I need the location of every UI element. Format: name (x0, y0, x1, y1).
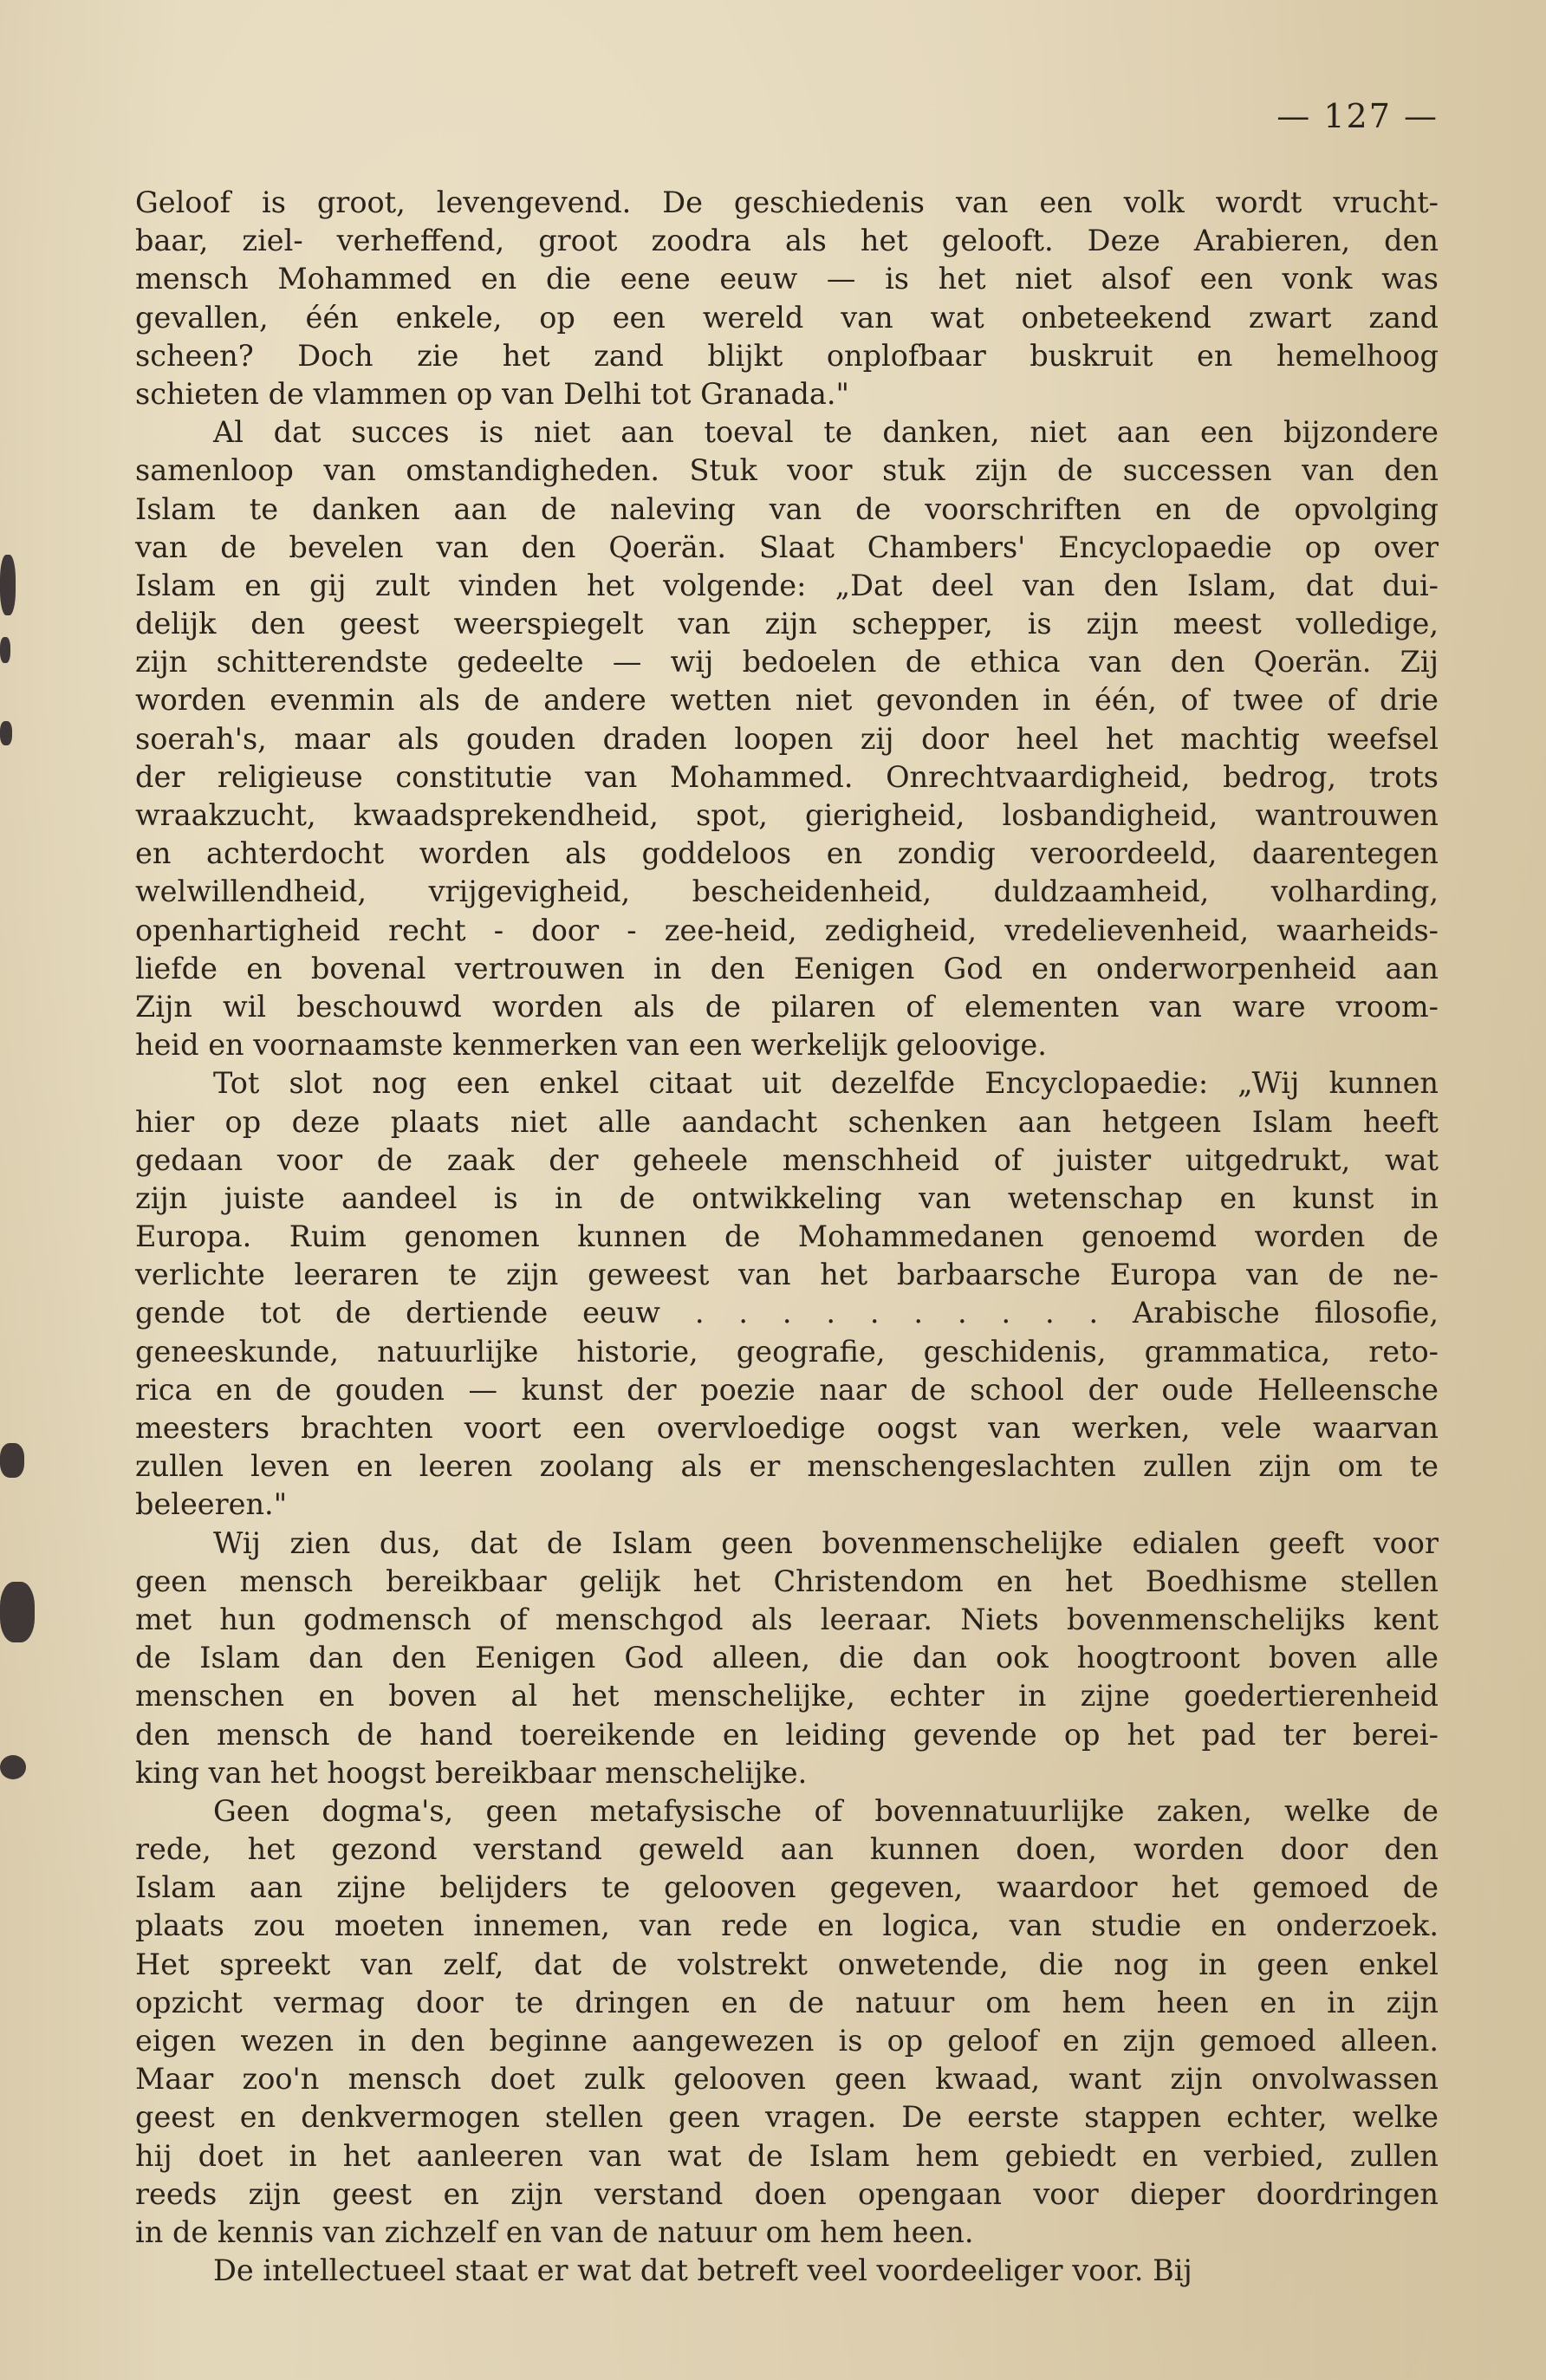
text-line: zijn juiste aandeel is in de ontwikkelin… (135, 1180, 1439, 1218)
text-line: baar, ziel- verheffend, groot zoodra als… (135, 222, 1439, 260)
text-line: gevallen, één enkele, op een wereld van … (135, 299, 1439, 337)
text-line: geest en denkvermogen stellen geen vrage… (135, 2098, 1439, 2136)
text-line: opzicht vermag door te dringen en de nat… (135, 1984, 1439, 2022)
text-line: van de bevelen van den Qoerän. Slaat Cha… (135, 529, 1439, 567)
text-line: Islam te danken aan de naleving van de v… (135, 491, 1439, 529)
text-line: rede, het gezond verstand geweld aan kun… (135, 1831, 1439, 1869)
text-line: rica en de gouden — kunst der poezie naa… (135, 1371, 1439, 1409)
paragraph: De intellectueel staat er wat dat betref… (135, 2252, 1439, 2290)
binding-hole-mark (0, 1443, 24, 1478)
binding-hole-mark (0, 1755, 26, 1779)
text-line: gende tot de dertiende eeuw . . . . . . … (135, 1294, 1439, 1332)
text-line: soerah's, maar als gouden draden loopen … (135, 720, 1439, 758)
paragraph: Wij zien dus, dat de Islam geen bovenmen… (135, 1525, 1439, 1792)
text-line: der religieuse constitutie van Mohammed.… (135, 758, 1439, 797)
text-line: verlichte leeraren te zijn geweest van h… (135, 1256, 1439, 1294)
text-line: met hun godmensch of menschgod als leera… (135, 1601, 1439, 1639)
binding-hole-mark (0, 721, 12, 745)
text-line: samenloop van omstandigheden. Stuk voor … (135, 452, 1439, 490)
text-line: meesters brachten voort een overvloedige… (135, 1409, 1439, 1447)
text-line: gedaan voor de zaak der geheele menschhe… (135, 1141, 1439, 1180)
paragraph: Tot slot nog een enkel citaat uit dezelf… (135, 1064, 1439, 1524)
text-line: heid en voornaamste kenmerken van een we… (135, 1026, 1439, 1064)
text-line: schieten de vlammen op van Delhi tot Gra… (135, 375, 1439, 413)
text-line: Islam aan zijne belijders te gelooven ge… (135, 1869, 1439, 1907)
text-line: Al dat succes is niet aan toeval te dank… (135, 413, 1439, 452)
text-line: De intellectueel staat er wat dat betref… (135, 2252, 1439, 2290)
binding-hole-mark (0, 1582, 35, 1642)
text-line: welwillendheid, vrijgevigheid, bescheide… (135, 873, 1439, 911)
text-line: Geen dogma's, geen metafysische of boven… (135, 1792, 1439, 1831)
text-line: de Islam dan den Eenigen God alleen, die… (135, 1639, 1439, 1677)
text-line: hij doet in het aanleeren van wat de Isl… (135, 2137, 1439, 2175)
text-line: Europa. Ruim genomen kunnen de Mohammeda… (135, 1218, 1439, 1256)
text-line: reeds zijn geest en zijn verstand doen o… (135, 2175, 1439, 2214)
text-line: in de kennis van zichzelf en van de natu… (135, 2214, 1439, 2252)
text-line: Geloof is groot, levengevend. De geschie… (135, 184, 1439, 222)
paragraph: Geen dogma's, geen metafysische of boven… (135, 1792, 1439, 2252)
text-line: Tot slot nog een enkel citaat uit dezelf… (135, 1064, 1439, 1102)
text-line: Wij zien dus, dat de Islam geen bovenmen… (135, 1525, 1439, 1563)
text-line: plaats zou moeten innemen, van rede en l… (135, 1907, 1439, 1945)
body-text: Geloof is groot, levengevend. De geschie… (135, 184, 1439, 2290)
text-line: delijk den geest weerspiegelt van zijn s… (135, 605, 1439, 643)
text-line: worden evenmin als de andere wetten niet… (135, 681, 1439, 719)
binding-hole-mark (0, 555, 16, 615)
text-line: geneeskunde, natuurlijke historie, geogr… (135, 1333, 1439, 1371)
text-line: beleeren." (135, 1486, 1439, 1524)
text-line: zullen leven en leeren zoolang als er me… (135, 1447, 1439, 1486)
text-line: liefde en bovenal vertrouwen in den Eeni… (135, 950, 1439, 988)
text-line: Maar zoo'n mensch doet zulk gelooven gee… (135, 2060, 1439, 2098)
text-line: mensch Mohammed en die eene eeuw — is he… (135, 260, 1439, 298)
text-line: king van het hoogst bereikbaar menscheli… (135, 1754, 1439, 1792)
text-line: eigen wezen in den beginne aangewezen is… (135, 2022, 1439, 2060)
paragraph: Al dat succes is niet aan toeval te dank… (135, 413, 1439, 1064)
text-line: scheen? Doch zie het zand blijkt onplofb… (135, 337, 1439, 375)
text-line: wraakzucht, kwaadsprekendheid, spot, gie… (135, 797, 1439, 835)
binding-hole-mark (0, 637, 10, 663)
text-line: Zijn wil beschouwd worden als de pilaren… (135, 988, 1439, 1026)
text-line: Het spreekt van zelf, dat de volstrekt o… (135, 1946, 1439, 1984)
text-line: menschen en boven al het menschelijke, e… (135, 1677, 1439, 1715)
page-number: — 127 — (1276, 97, 1439, 135)
text-line: geen mensch bereikbaar gelijk het Christ… (135, 1563, 1439, 1601)
text-line: den mensch de hand toereikende en leidin… (135, 1716, 1439, 1754)
text-line: openhartigheid recht - door - zee-heid, … (135, 912, 1439, 950)
text-line: Islam en gij zult vinden het volgende: „… (135, 567, 1439, 605)
text-line: en achterdocht worden als goddeloos en z… (135, 835, 1439, 873)
text-line: hier op deze plaats niet alle aandacht s… (135, 1103, 1439, 1141)
text-line: zijn schitterendste gedeelte — wij bedoe… (135, 643, 1439, 681)
paragraph: Geloof is groot, levengevend. De geschie… (135, 184, 1439, 413)
